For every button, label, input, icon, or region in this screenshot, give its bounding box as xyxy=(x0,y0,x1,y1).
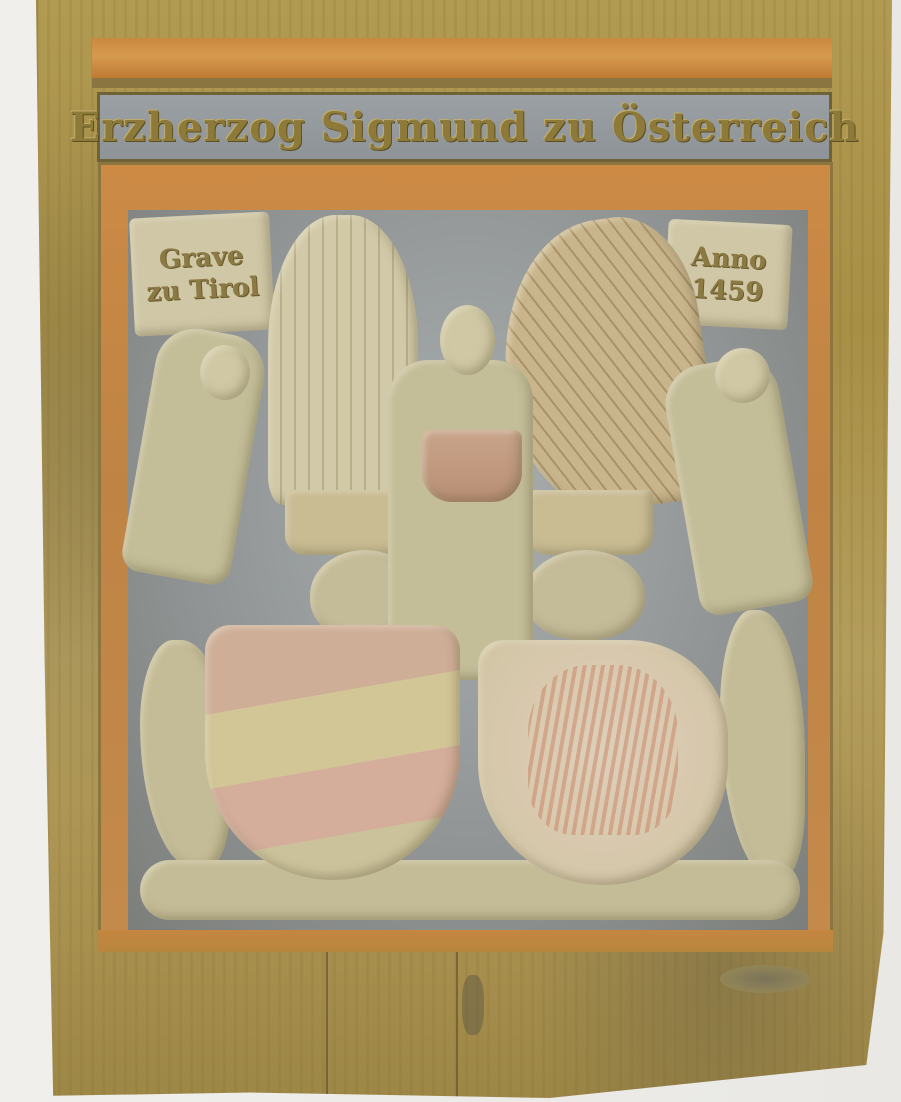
left-banner-line1: Grave xyxy=(158,240,244,276)
wood-stain xyxy=(462,975,484,1035)
right-banner-line2: 1459 xyxy=(690,273,764,309)
plank-seam xyxy=(456,950,458,1098)
inscription-text: Erzherzog Sigmund zu Österreich xyxy=(70,104,860,151)
right-helm xyxy=(525,550,645,640)
wood-knot xyxy=(720,965,810,993)
plank-seam xyxy=(326,950,328,1098)
crown-held-by-figure xyxy=(422,430,522,502)
left-banner: Grave zu Tirol xyxy=(129,211,275,336)
top-painted-band xyxy=(92,38,832,88)
right-crown xyxy=(528,490,653,555)
eagle-emblem xyxy=(528,665,678,835)
bottom-painted-trim xyxy=(98,930,833,952)
right-banner-line1: Anno xyxy=(690,241,767,277)
left-supporter-head xyxy=(200,345,250,400)
inscription-band: Erzherzog Sigmund zu Österreich xyxy=(97,92,832,162)
left-shield-austria xyxy=(205,625,460,880)
bottom-scroll-foliage xyxy=(140,860,800,920)
right-supporter-head xyxy=(715,348,770,403)
right-shield-eagle xyxy=(478,640,728,885)
center-figure-head xyxy=(440,305,495,375)
left-banner-line2: zu Tirol xyxy=(146,271,260,309)
